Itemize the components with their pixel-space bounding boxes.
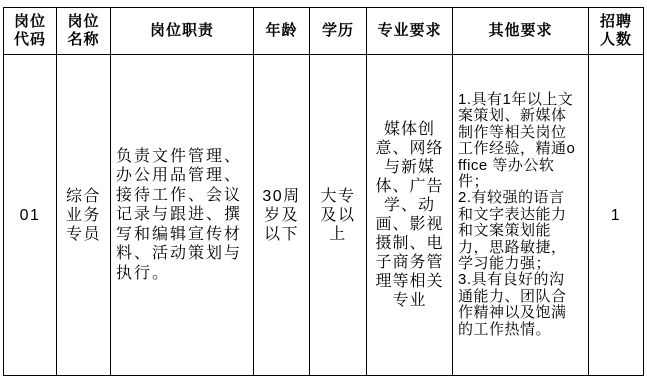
cell-education: 大专 及以 上: [310, 55, 367, 376]
header-row: 岗位 代码 岗位 名称 岗位职责 年龄 学历 专业要求 其他要求 招聘 人数: [4, 8, 644, 55]
cell-duties: 负责文件管理、 办公用品管理、 接待工作、会议 记录与跟进、撰 写和编辑宣传材 …: [111, 55, 254, 376]
header-position-code: 岗位 代码: [4, 8, 57, 55]
cell-headcount: 1: [589, 55, 644, 376]
cell-age: 30周 岁及 以下: [254, 55, 310, 376]
header-major-requirements: 专业要求: [367, 8, 453, 55]
header-headcount: 招聘 人数: [589, 8, 644, 55]
cell-position-code: 01: [4, 55, 57, 376]
header-age: 年龄: [254, 8, 310, 55]
table-row: 01 综合 业务 专员 负责文件管理、 办公用品管理、 接待工作、会议 记录与跟…: [4, 55, 644, 376]
header-duties: 岗位职责: [111, 8, 254, 55]
cell-other-requirements: 1.具有1年以上文 案策划、新媒体 制作等相关岗位 工作经验，精通o ffice…: [453, 55, 589, 376]
cell-major-requirements: 媒体创 意、网络 与新媒 体、广告 学、动 画、影视 摄制、电 子商务管 理等相…: [367, 55, 453, 376]
recruitment-table: 岗位 代码 岗位 名称 岗位职责 年龄 学历 专业要求 其他要求 招聘 人数 0…: [3, 7, 644, 376]
cell-position-name: 综合 业务 专员: [57, 55, 111, 376]
header-position-name: 岗位 名称: [57, 8, 111, 55]
page: 岗位 代码 岗位 名称 岗位职责 年龄 学历 专业要求 其他要求 招聘 人数 0…: [0, 0, 647, 381]
header-education: 学历: [310, 8, 367, 55]
header-other-requirements: 其他要求: [453, 8, 589, 55]
